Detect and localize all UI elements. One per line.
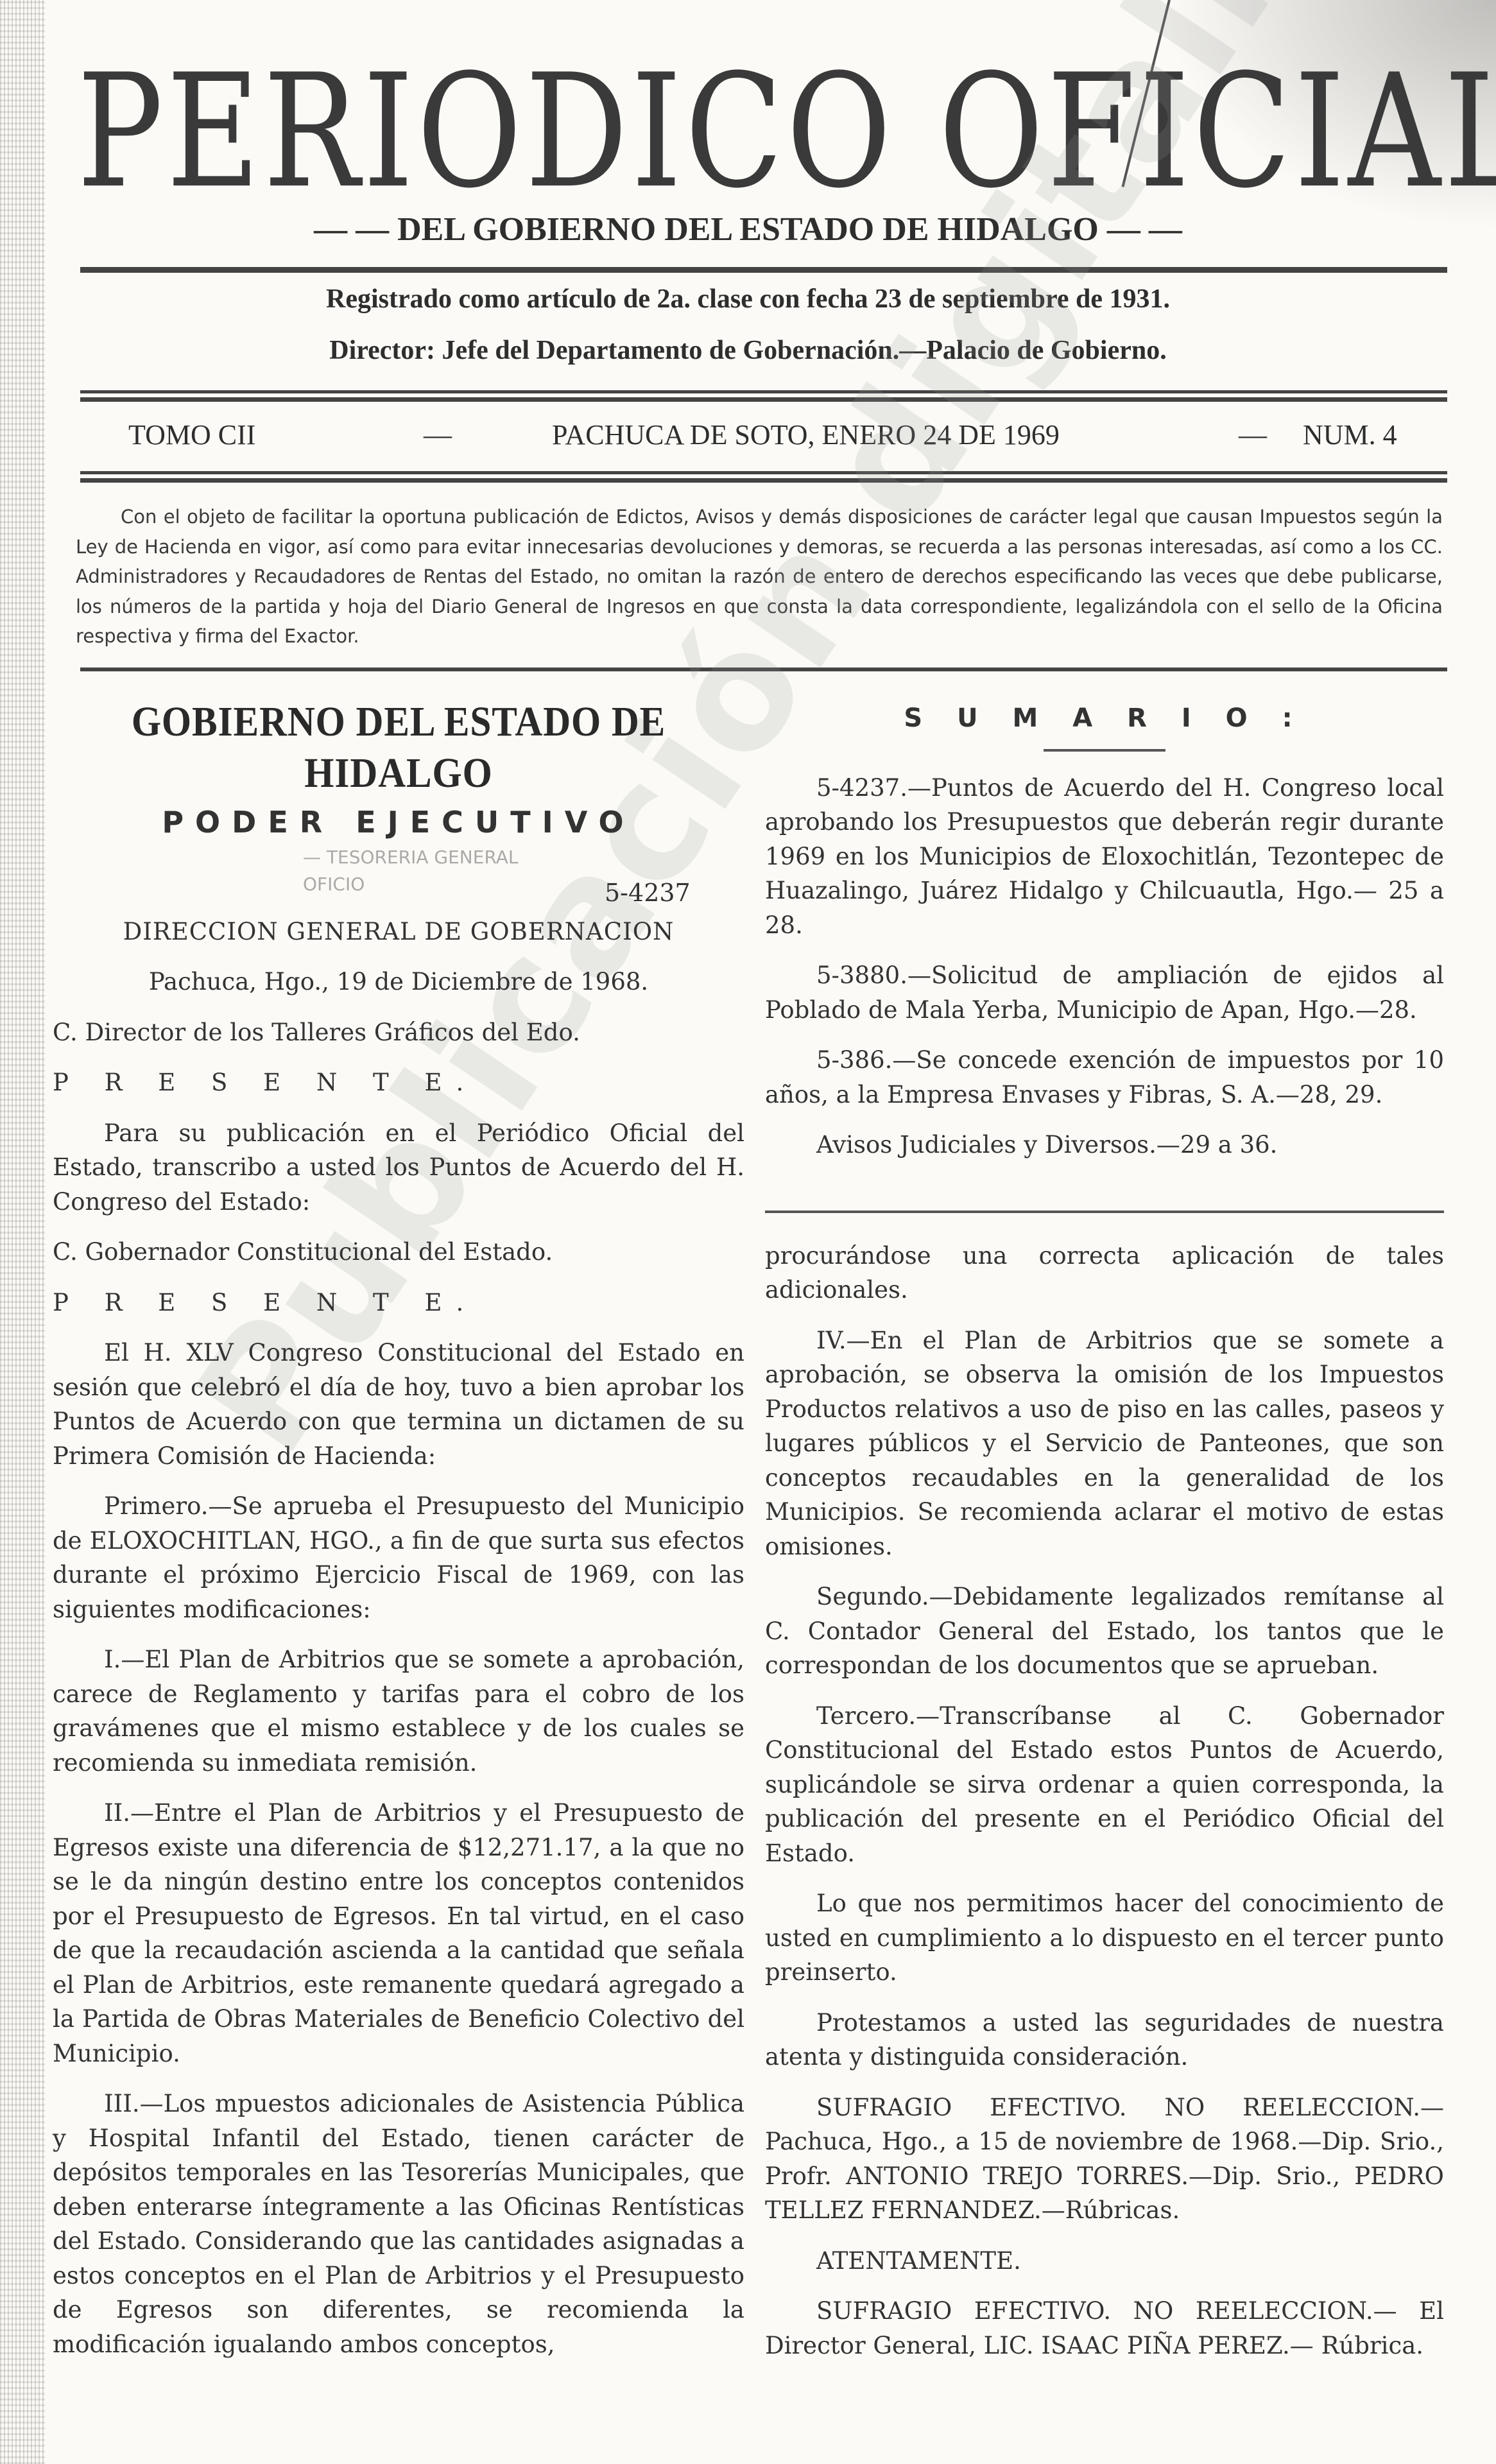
- sumario-item: 5-386.—Se concede exención de impuestos …: [765, 1043, 1444, 1112]
- presente-salutation: P R E S E N T E.: [53, 1065, 744, 1100]
- sumario-end-rule: [765, 1210, 1444, 1213]
- item-iv-paragraph: IV.—En el Plan de Arbitrios que se somet…: [765, 1323, 1444, 1564]
- director-line: Director: Jefe del Departamento de Gober…: [0, 335, 1496, 366]
- masthead-rule: [80, 267, 1447, 273]
- document-date: Pachuca, Hgo., 19 de Diciembre de 1968.: [53, 965, 744, 999]
- issue-separator: —: [424, 418, 452, 451]
- addressee-governor: C. Gobernador Constitucional del Estado.: [53, 1235, 744, 1270]
- tomo-label: TOMO CII: [128, 418, 255, 451]
- direccion-heading: DIRECCION GENERAL DE GOBERNACION: [53, 915, 744, 949]
- primero-paragraph: Primero.—Se aprueba el Presupuesto del M…: [53, 1489, 744, 1626]
- issue-number: NUM. 4: [1303, 418, 1397, 451]
- intro-paragraph: Para su publicación en el Periódico Ofic…: [53, 1116, 744, 1219]
- item-iii-paragraph: III.—Los mpuestos adicionales de Asisten…: [53, 2087, 744, 2361]
- segundo-paragraph: Segundo.—Debidamente legalizados remítan…: [765, 1580, 1444, 1683]
- item-ii-paragraph: II.—Entre el Plan de Arbitrios y el Pres…: [53, 1796, 744, 2071]
- issue-rule-top: [80, 390, 1447, 402]
- sumario-heading: S U M A R I O :: [765, 702, 1444, 736]
- publication-notice: Con el objeto de facilitar la oportuna p…: [76, 502, 1443, 651]
- sumario-item: 5-3880.—Solicitud de ampliación de ejido…: [765, 958, 1444, 1027]
- issue-separator: —: [1239, 418, 1267, 451]
- registration-line: Registrado como artículo de 2a. clase co…: [0, 284, 1496, 314]
- sumario-item: Avisos Judiciales y Diversos.—29 a 36.: [765, 1128, 1444, 1162]
- item-i-paragraph: I.—El Plan de Arbitrios que se somete a …: [53, 1642, 744, 1780]
- reference-number: 5-4237: [605, 876, 691, 911]
- signature-block-director: SUFRAGIO EFECTIVO. NO REELECCION.— El Di…: [765, 2294, 1444, 2363]
- sumario-rule: [1044, 749, 1165, 752]
- issue-info-row: TOMO CII — PACHUCA DE SOTO, ENERO 24 DE …: [128, 418, 1438, 457]
- left-column: GOBIERNO DEL ESTADO DE HIDALGO PODER EJE…: [53, 696, 744, 2377]
- presente-salutation: P R E S E N T E.: [53, 1286, 744, 1320]
- signature-block-congress: SUFRAGIO EFECTIVO. NO REELECCION.— Pachu…: [765, 2090, 1444, 2228]
- section-rule: [80, 668, 1447, 671]
- congress-paragraph: El H. XLV Congreso Constitucional del Es…: [53, 1336, 744, 1473]
- government-heading: GOBIERNO DEL ESTADO DE HIDALGO: [87, 696, 710, 799]
- issue-rule-bottom: [80, 471, 1447, 483]
- lo-que-paragraph: Lo que nos permitimos hacer del conocimi…: [765, 1886, 1444, 1990]
- addressee: C. Director de los Talleres Gráficos del…: [53, 1015, 744, 1050]
- masthead-subtitle: — — DEL GOBIERNO DEL ESTADO DE HIDALGO —…: [0, 211, 1496, 248]
- scan-edge-noise: [0, 0, 45, 2464]
- poder-ejecutivo-heading: PODER EJECUTIVO: [53, 806, 744, 840]
- sumario-item: 5-4237.—Puntos de Acuerdo del H. Congres…: [765, 771, 1444, 943]
- masthead-title: PERIODICO OFICIAL: [77, 64, 1242, 199]
- official-stamp: — TESORERIA GENERAL OFICIO: [303, 844, 519, 898]
- issue-place-date: PACHUCA DE SOTO, ENERO 24 DE 1969: [552, 418, 1060, 451]
- right-column: S U M A R I O : 5-4237.—Puntos de Acuerd…: [765, 696, 1444, 2379]
- continuation-paragraph: procurándose una correcta aplicación de …: [765, 1239, 1444, 1307]
- stamp-area: — TESORERIA GENERAL OFICIO 5-4237: [53, 844, 744, 915]
- tercero-paragraph: Tercero.—Transcríbanse al C. Gobernador …: [765, 1699, 1444, 1871]
- protestamos-paragraph: Protestamos a usted las seguridades de n…: [765, 2006, 1444, 2074]
- atentamente-line: ATENTAMENTE.: [765, 2244, 1444, 2279]
